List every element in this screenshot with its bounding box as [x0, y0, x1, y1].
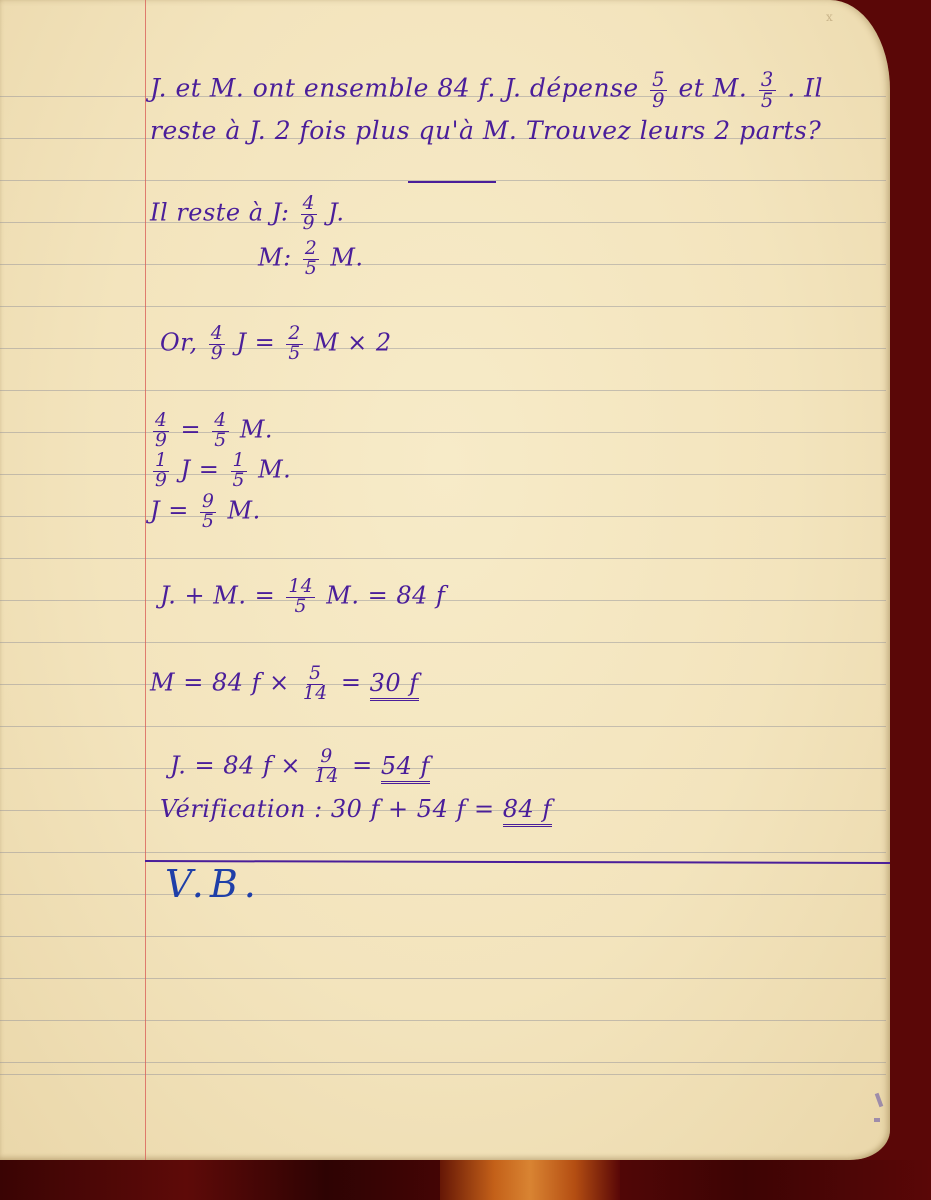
background-light: [440, 1160, 620, 1200]
verification-line: Vérification : 30 f + 54 f = 84 f: [160, 795, 552, 823]
notebook-page: x J. et M. ont ensemble 84 f. J. dépense…: [0, 0, 890, 1160]
margin-line: [145, 0, 146, 1160]
ruled-line: [0, 726, 886, 727]
solution-step-2: M: 25 M.: [258, 240, 364, 278]
ink-mark: [875, 1093, 884, 1108]
ruled-line: [0, 978, 886, 979]
solution-step-7: J. + M. = 145 M. = 84 f: [160, 578, 445, 616]
ruled-line: [0, 474, 886, 475]
ruled-line: [0, 1020, 886, 1021]
separator-rule: [408, 181, 496, 183]
solution-step-3: Or, 49 J = 25 M × 2: [160, 325, 392, 363]
ruled-line: [0, 1074, 886, 1075]
ruled-line: [0, 306, 886, 307]
ruled-line: [0, 222, 886, 223]
ruled-line: [0, 390, 886, 391]
fraction: 59: [650, 70, 667, 110]
problem-text: . Il: [787, 74, 823, 103]
ruled-line: [0, 768, 886, 769]
ruled-line: [0, 852, 886, 853]
corner-mark: x: [826, 10, 833, 24]
solution-step-6: J = 95 M.: [150, 493, 261, 531]
verification-result: 84 f: [503, 795, 552, 827]
ruled-line: [0, 432, 886, 433]
problem-text: et M.: [679, 74, 748, 103]
solution-step-4: 49 = 45 M.: [150, 412, 273, 450]
teacher-mark: V.B.: [165, 862, 262, 906]
ruled-line: [0, 348, 886, 349]
ruled-line: [0, 516, 886, 517]
solution-step-9: J. = 84 f × 914 = 54 f: [170, 748, 430, 786]
ruled-line: [0, 558, 886, 559]
fraction: 35: [759, 70, 776, 110]
ink-mark: [874, 1118, 880, 1122]
solution-step-5: 19 J = 15 M.: [150, 452, 291, 490]
problem-line-2: reste à J. 2 fois plus qu'à M. Trouvez l…: [150, 116, 821, 145]
ruled-line: [0, 1062, 886, 1063]
solution-step-1: Il reste à J: 49 J.: [150, 195, 345, 233]
ruled-line: [0, 264, 886, 265]
problem-text: J. et M. ont ensemble 84 f. J. dépense: [150, 74, 639, 103]
result-j: 54 f: [381, 752, 430, 784]
ruled-line: [0, 684, 886, 685]
ruled-line: [0, 894, 886, 895]
problem-line-1: J. et M. ont ensemble 84 f. J. dépense 5…: [150, 70, 823, 110]
solution-step-8: M = 84 f × 514 = 30 f: [150, 665, 419, 703]
ruled-line: [0, 642, 886, 643]
ruled-line: [0, 936, 886, 937]
result-m: 30 f: [370, 669, 419, 701]
